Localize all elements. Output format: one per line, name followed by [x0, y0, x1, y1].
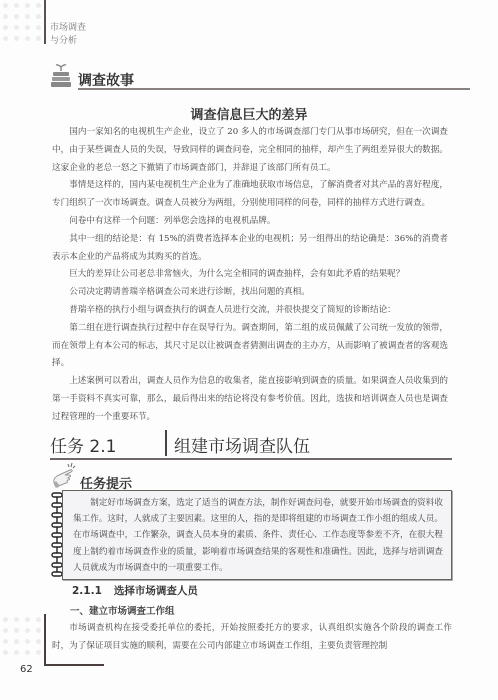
hint-text: 制定好市场调查方案，选定了适当的调查方法，制作好调查问卷，就要开始市场调查的资料… — [73, 495, 443, 576]
article-body: 国内一家知名的电视机生产企业，设立了 20 多人的市场调查部门专门从事市场研究，… — [52, 124, 448, 427]
books-with-sprout-icon — [50, 62, 72, 88]
margin-foot-rule — [44, 664, 104, 666]
body-paragraph: 市场调查机构在接受委托单位的委托，开始按照委托方的要求，认真组织实施各个阶段的调… — [52, 620, 452, 655]
decorative-dot-grid-top — [0, 0, 44, 44]
decorative-dot-grid-bottom — [0, 614, 44, 658]
article-paragraph: 普瑞辛格的执行小组与调查执行的调查人员进行交流，并很快提交了简短的诊断结论： — [52, 302, 448, 320]
pointing-hand-icon — [52, 461, 80, 491]
article-paragraph: 公司决定聘请普瑞辛格调查公司来进行诊断，找出问题的真相。 — [52, 284, 448, 302]
hint-paragraph: 制定好市场调查方案，选定了适当的调查方法，制作好调查问卷，就要开始市场调查的资料… — [73, 495, 443, 576]
article-title: 调查信息巨大的差异 — [0, 104, 498, 123]
page-number: 62 — [20, 664, 33, 675]
task-title: 组建市场调查队伍 — [174, 432, 310, 457]
task-rule — [50, 458, 452, 460]
article-paragraph: 问卷中有这样一个问题：列举您会选择的电视机品牌。 — [52, 213, 448, 231]
subhead: 一、建立市场调查工作组 — [70, 603, 175, 617]
subsection-number: 2.1.1 — [72, 585, 102, 597]
running-head-line-2: 与分析 — [50, 35, 86, 48]
running-head: 市场调查 与分析 — [50, 22, 86, 48]
task-label: 任务 2.1 — [50, 432, 116, 457]
article-paragraph: 国内一家知名的电视机生产企业，设立了 20 多人的市场调查部门专门从事市场研究，… — [52, 124, 448, 177]
body-text: 市场调查机构在接受委托单位的委托，开始按照委托方的要求，认真组织实施各个阶段的调… — [52, 620, 452, 655]
story-section-header: 调查故事 — [50, 60, 470, 90]
task-separator — [165, 430, 167, 456]
hint-box: 制定好市场调查方案，选定了适当的调查方法，制作好调查问卷，就要开始市场调查的资料… — [62, 490, 452, 580]
article-paragraph: 事情是这样的，国内某电视机生产企业为了准确地获取市场信息，了解消费者对其产品的喜… — [52, 177, 448, 213]
hint-header: 任务提示 — [52, 461, 252, 491]
margin-line-bottom — [44, 614, 46, 666]
subsection-heading: 2.1.1选择市场调查人员 — [72, 583, 198, 598]
article-paragraph: 其中一组的结论是：有 15%的消费者选择本企业的电视机；另一组得出的结论确是：3… — [52, 231, 448, 267]
task-header: 任务 2.1 组建市场调查队伍 — [50, 428, 452, 460]
running-head-line-1: 市场调查 — [50, 22, 86, 35]
story-section-rule — [78, 88, 470, 90]
subsection-title: 选择市场调查人员 — [114, 585, 198, 597]
margin-line-top — [44, 0, 46, 44]
article-paragraph: 第二组在进行调查执行过程中存在误导行为。调查期间，第二组的成员佩戴了公司统一发放… — [52, 320, 448, 373]
story-section-title: 调查故事 — [78, 70, 134, 90]
article-paragraph: 上述案例可以看出，调查人员作为信息的收集者，能直接影响到调查的质量。如果调查人员… — [52, 373, 448, 426]
article-paragraph: 巨大的差异让公司老总非常恼火，为什么完全相同的调查抽样，会有如此矛盾的结果呢？ — [52, 266, 448, 284]
